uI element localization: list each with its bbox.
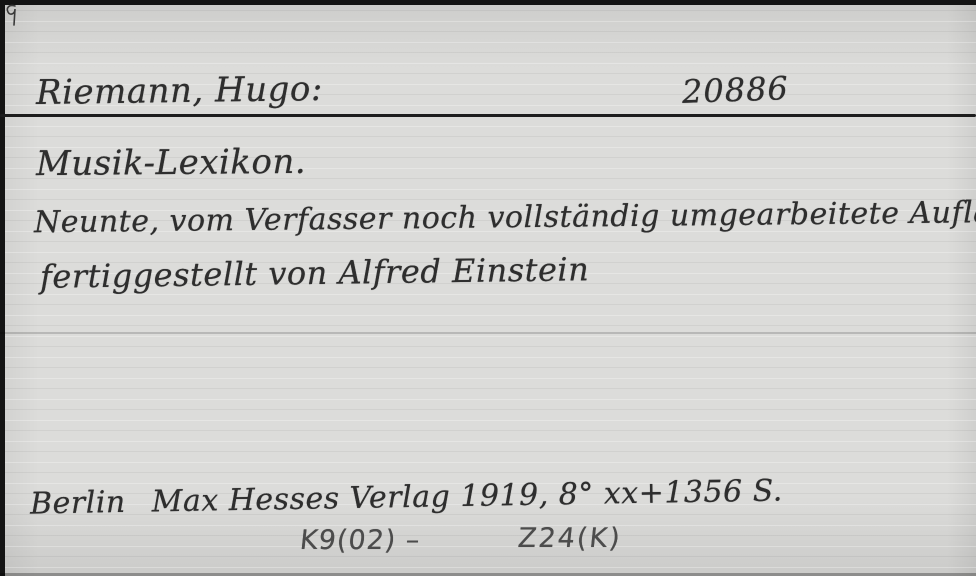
mid-rule — [0, 332, 976, 334]
shelfmark-right: Z24(K) — [517, 525, 623, 552]
corner-pen-mark-icon — [4, 3, 20, 29]
accession-number: 20886 — [681, 72, 789, 108]
imprint-publication: Max Hesses Verlag 1919, 8° xx+1356 S. — [151, 476, 783, 517]
imprint-place: Berlin — [30, 488, 126, 520]
edition-line: Neunte, vom Verfasser noch vollständig u… — [34, 198, 976, 238]
title-line: Musik-Lexikon. — [36, 145, 306, 181]
shelfmark-left: K9(02) – — [299, 527, 422, 554]
card-top-edge — [0, 0, 976, 5]
completion-line: fertiggestellt von Alfred Einstein — [40, 253, 590, 293]
heading-rule — [0, 114, 976, 117]
catalog-card: Riemann, Hugo: 20886 Musik-Lexikon. Neun… — [0, 0, 976, 576]
card-left-edge — [0, 0, 5, 576]
imprint-line: Berlin Max Hesses Verlag 1919, 8° xx+135… — [30, 476, 783, 519]
author-heading: Riemann, Hugo: — [36, 72, 323, 110]
